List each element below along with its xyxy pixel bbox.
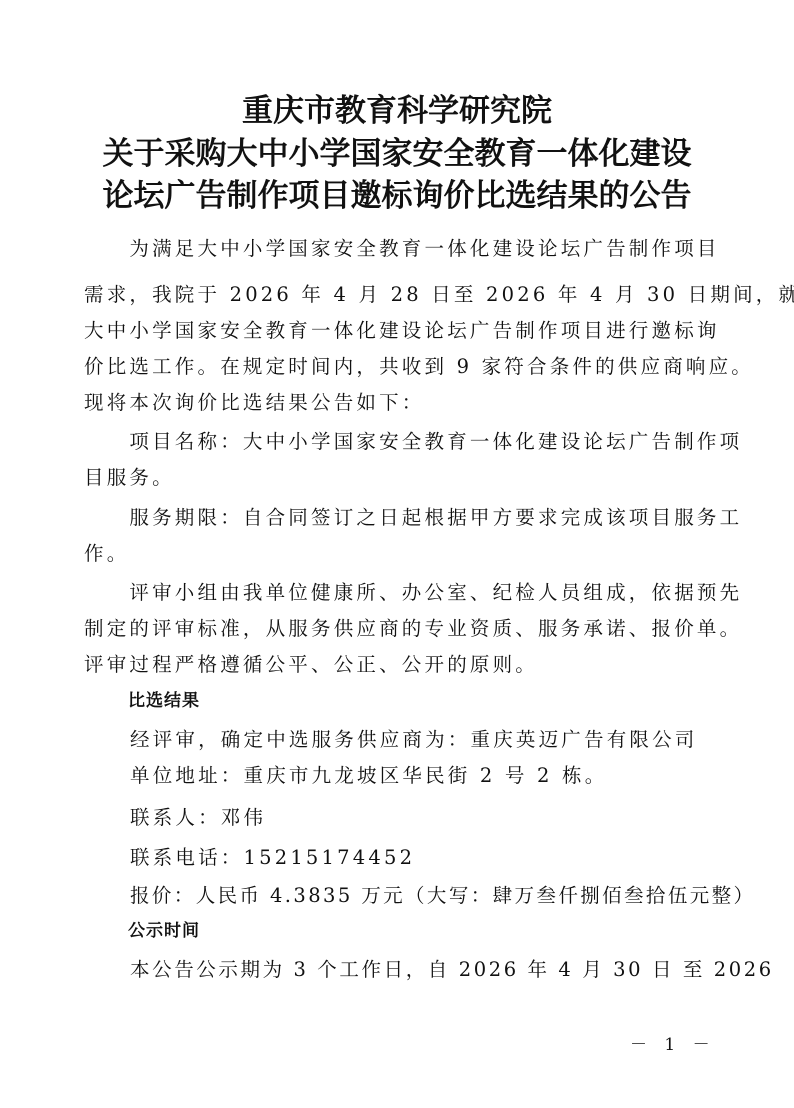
section-heading-notice: 公示时间 — [128, 918, 754, 944]
body-line: 大中小学国家安全教育一体化建设论坛广告制作项目进行邀标询 — [84, 318, 710, 344]
service-period: 服务期限：自合同签订之日起根据甲方要求完成该项目服务工 — [84, 505, 710, 531]
title-org: 重庆市教育科学研究院 — [0, 90, 794, 132]
contact-phone: 联系电话：15215174452 — [130, 845, 756, 871]
project-name: 项目名称：大中小学国家安全教育一体化建设论坛广告制作项 — [84, 429, 710, 455]
review-panel: 评审小组由我单位健康所、办公室、纪检人员组成，依据预先 — [84, 580, 710, 606]
body-line: 需求，我院于 2026 年 4 月 28 日至 2026 年 4 月 30 日期… — [84, 282, 710, 308]
contact-person: 联系人：邓伟 — [130, 805, 756, 831]
body-line: 为满足大中小学国家安全教育一体化建设论坛广告制作项目 — [84, 236, 710, 262]
page-number: － 1 － — [630, 1030, 716, 1055]
body-line: 作。 — [84, 541, 710, 567]
body-line: 价比选工作。在规定时间内，共收到 9 家符合条件的供应商响应。 — [84, 354, 710, 380]
supplier-address: 单位地址：重庆市九龙坡区华民街 2 号 2 栋。 — [130, 763, 756, 789]
notice-period: 本公告公示期为 3 个工作日，自 2026 年 4 月 30 日 至 2026 — [130, 957, 756, 983]
body-line: 评审过程严格遵循公平、公正、公开的原则。 — [84, 652, 710, 678]
body-line: 现将本次询价比选结果公告如下： — [84, 390, 710, 416]
quoted-price: 报价：人民币 4.3835 万元（大写：肆万叁仟捌佰叁拾伍元整） — [130, 883, 756, 909]
body-line: 目服务。 — [84, 465, 710, 491]
winning-supplier: 经评审，确定中选服务供应商为：重庆英迈广告有限公司 — [130, 727, 756, 753]
section-heading-result: 比选结果 — [128, 688, 754, 714]
title-line-3: 论坛广告制作项目邀标询价比选结果的公告 — [0, 175, 794, 217]
body-line: 制定的评审标准，从服务供应商的专业资质、服务承诺、报价单。 — [84, 616, 710, 642]
title-line-2: 关于采购大中小学国家安全教育一体化建设 — [0, 133, 794, 175]
